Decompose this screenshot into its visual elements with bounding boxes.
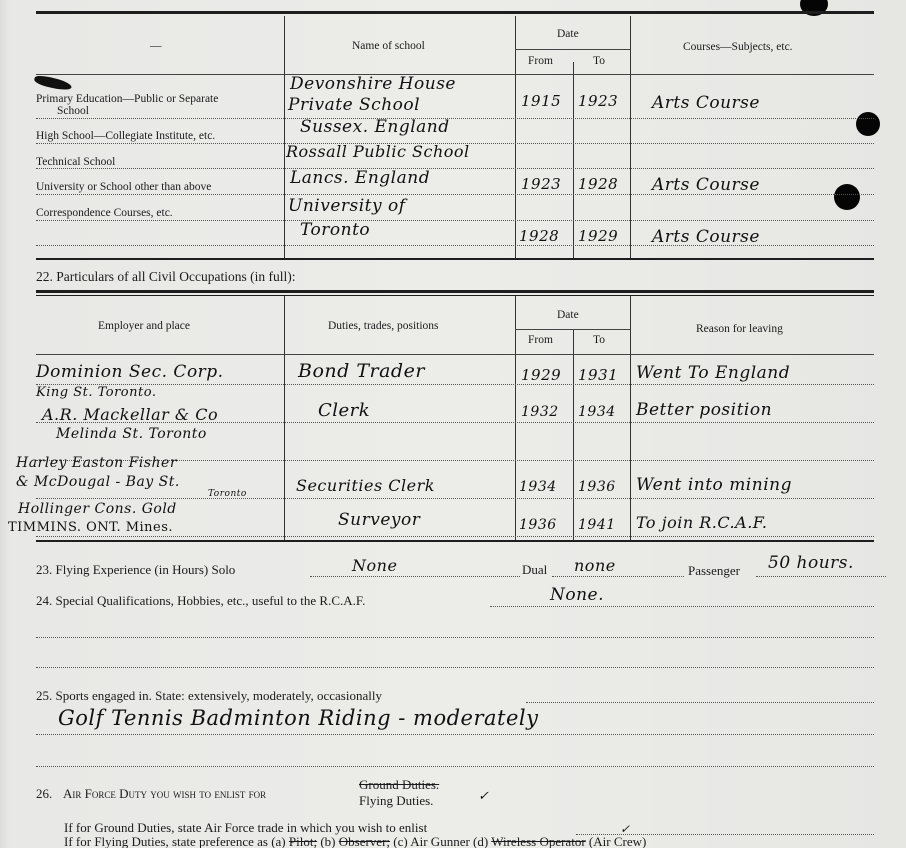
ink-smudge	[33, 74, 72, 92]
form-page: — Name of school Date From To Courses—Su…	[0, 0, 906, 848]
school-entry-1-line3: Sussex. England	[300, 117, 450, 137]
pref-suffix: (Air Crew)	[589, 834, 646, 848]
edu-3-from: 1928	[519, 227, 559, 245]
header-from: From	[528, 55, 553, 67]
q24-value: None.	[550, 585, 604, 605]
occ-2-employer-line2: Melinda St. Toronto	[56, 426, 207, 442]
occ-1-employer-line1: Dominion Sec. Corp.	[36, 362, 224, 382]
school-entry-2-line2: Lancs. England	[290, 168, 430, 188]
header-occ-to: To	[593, 334, 605, 346]
header-courses: Courses—Subjects, etc.	[683, 41, 793, 53]
occupations-title: 22. Particulars of all Civil Occupations…	[36, 269, 295, 285]
header-school-name: Name of school	[352, 40, 425, 52]
header-reason: Reason for leaving	[696, 323, 783, 335]
occ-4-employer-line1: Hollinger Cons. Gold	[18, 501, 177, 517]
pref-observer: Observer;	[339, 834, 390, 848]
q24-label: 24. Special Qualifications, Hobbies, etc…	[36, 593, 365, 609]
punch-hole	[856, 112, 880, 136]
edu-1-courses: Arts Course	[652, 93, 760, 113]
school-entry-3-line1: University of	[288, 196, 406, 216]
occ-3-to: 1936	[578, 479, 616, 495]
row-label-primary-school: School	[57, 105, 89, 117]
header-date: Date	[557, 28, 579, 40]
row-label-correspondence: Correspondence Courses, etc.	[36, 207, 173, 219]
flying-pref-prefix: If for Flying Duties, state preference a…	[64, 834, 286, 848]
occ-3-from: 1934	[519, 479, 557, 495]
header-occ-from: From	[528, 334, 553, 346]
edu-1-to: 1923	[578, 92, 618, 110]
occ-2-duties: Clerk	[318, 400, 370, 421]
occ-4-reason: To join R.C.A.F.	[636, 513, 767, 532]
school-entry-2-line1: Rossall Public School	[286, 142, 470, 161]
edu-2-courses: Arts Course	[652, 175, 760, 195]
edu-3-to: 1929	[578, 227, 618, 245]
pref-air-gunner: (c) Air Gunner	[393, 834, 470, 848]
occ-4-to: 1941	[578, 517, 616, 533]
q26-option-ground-duties: Ground Duties.	[359, 777, 439, 793]
row-label-primary: Primary Education—Public or Separate	[36, 93, 218, 105]
q23-passenger-value: 50 hours.	[768, 553, 854, 573]
row-label-high-school: High School—Collegiate Institute, etc.	[36, 130, 215, 142]
occ-1-from: 1929	[521, 366, 561, 384]
header-employer: Employer and place	[98, 320, 190, 332]
pref-b-prefix: (b)	[320, 834, 335, 848]
edu-3-courses: Arts Course	[652, 227, 760, 247]
occ-3-employer-line2: & McDougal - Bay St.	[16, 474, 180, 490]
occ-3-employer-line3: Toronto	[208, 489, 247, 499]
occ-3-reason: Went into mining	[636, 475, 792, 495]
q26-label: Air Force Duty you wish to enlist for	[63, 786, 266, 802]
occ-2-from: 1932	[521, 404, 559, 420]
occ-1-reason: Went To England	[636, 363, 790, 383]
q23-passenger-label: Passenger	[688, 563, 740, 579]
header-occ-date: Date	[557, 309, 579, 321]
q26-number: 26.	[36, 786, 52, 802]
occ-1-to: 1931	[578, 366, 618, 384]
school-entry-1-line1: Devonshire House	[290, 74, 456, 94]
school-entry-3-line2: Toronto	[300, 220, 370, 240]
q26-option-flying-duties: Flying Duties.	[359, 793, 433, 809]
occ-4-employer-line2: TIMMINS. ONT. Mines.	[8, 520, 173, 535]
occ-2-reason: Better position	[636, 400, 772, 420]
school-entry-1-line2: Private School	[288, 95, 420, 115]
occ-4-duties: Surveyor	[338, 510, 420, 530]
q23-dual-label: Dual	[522, 562, 547, 578]
q25-value: Golf Tennis Badminton Riding - moderatel…	[58, 706, 538, 730]
occ-4-from: 1936	[519, 517, 557, 533]
occ-1-duties: Bond Trader	[298, 360, 425, 382]
header-category: —	[150, 40, 162, 52]
pref-pilot: Pilot;	[289, 834, 317, 848]
q23-dual-value: none	[574, 556, 616, 575]
flying-duties-checkmark-icon: ✓	[478, 789, 489, 804]
header-to: To	[593, 55, 605, 67]
q23-label: 23. Flying Experience (in Hours) Solo	[36, 562, 235, 578]
q23-solo-value: None	[352, 556, 397, 575]
occ-3-duties: Securities Clerk	[296, 476, 435, 495]
edu-1-from: 1915	[521, 92, 561, 110]
pref-d-prefix: (d)	[473, 834, 488, 848]
edu-2-from: 1923	[521, 175, 561, 193]
occ-1-employer-line2: King St. Toronto.	[36, 385, 156, 400]
punch-hole	[834, 184, 860, 210]
q25-label: 25. Sports engaged in. State: extensivel…	[36, 688, 382, 704]
header-duties: Duties, trades, positions	[328, 320, 439, 332]
row-label-technical: Technical School	[36, 156, 115, 168]
occ-3-employer-line1: Harley Easton Fisher	[16, 455, 177, 471]
occ-2-employer-line1: A.R. Mackellar & Co	[42, 405, 218, 424]
pref-wireless-operator: Wireless Operator	[491, 834, 585, 848]
q26-flying-preference: If for Flying Duties, state preference a…	[64, 834, 646, 848]
edu-2-to: 1928	[578, 175, 618, 193]
row-label-university: University or School other than above	[36, 181, 211, 193]
occ-2-to: 1934	[578, 404, 616, 420]
